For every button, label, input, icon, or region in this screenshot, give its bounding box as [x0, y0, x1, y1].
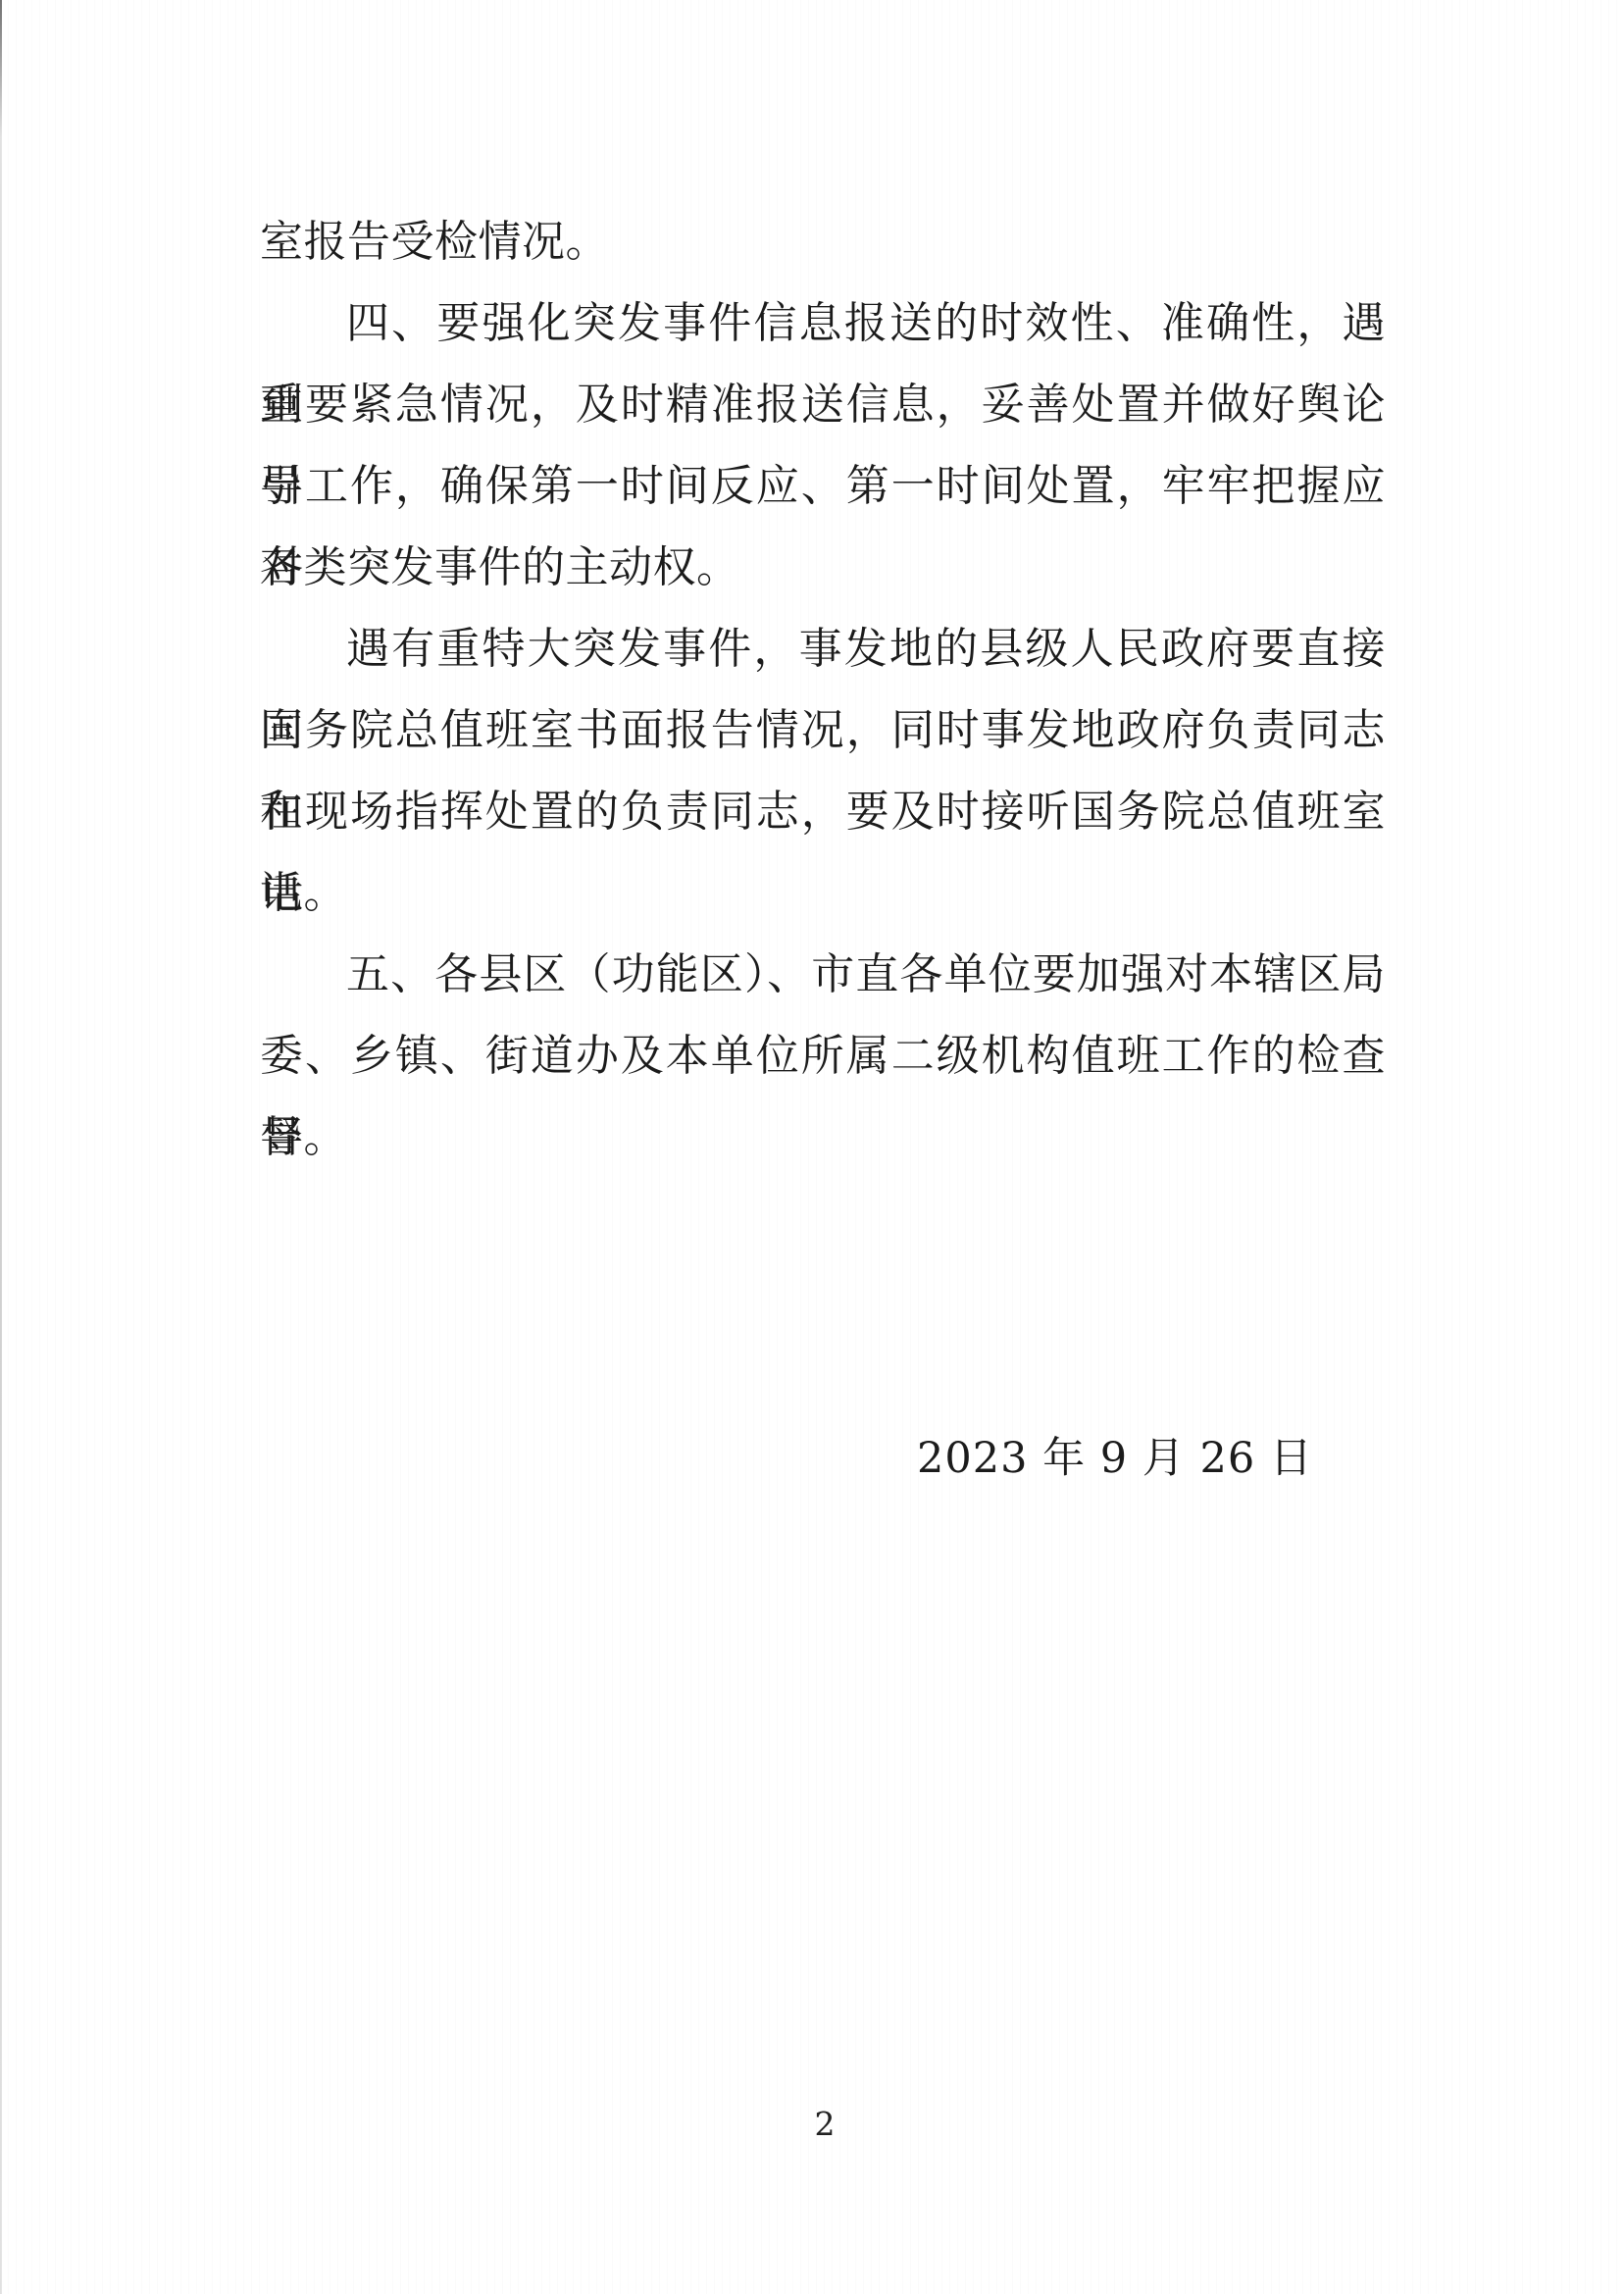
body-line-p2-3: 导工作，确保第一时间反应、第一时间处置，牢牢把握应对 [260, 445, 1386, 527]
body-line-p2-4: 各类突发事件的主动权。 [260, 527, 1386, 608]
body-line-p2-2: 重要紧急情况，及时精准报送信息，妥善处置并做好舆论引 [260, 364, 1386, 445]
body-line-p4-2: 委、乡镇、街道办及本单位所属二级机构值班工作的检查督 [260, 1015, 1386, 1096]
body-line-p3-2: 国务院总值班室书面报告情况，同时事发地政府负责同志和 [260, 689, 1386, 771]
body-line-p2-1: 四、要强化突发事件信息报送的时效性、准确性，遇到 [260, 282, 1386, 364]
document-page: 室报告受检情况。四、要强化突发事件信息报送的时效性、准确性，遇到重要紧急情况，及… [0, 0, 1624, 2294]
scan-edge-artifact [0, 0, 2, 2294]
body-line-p4-3: 导。 [260, 1096, 1386, 1178]
body-line-p3-3: 在现场指挥处置的负责同志，要及时接听国务院总值班室电 [260, 771, 1386, 852]
body-line-p3-4: 话。 [260, 852, 1386, 934]
body-line-p4-1: 五、各县区（功能区）、市直各单位要加强对本辖区局 [260, 934, 1386, 1015]
body-line-p1-1: 室报告受检情况。 [260, 201, 1386, 282]
body-line-p3-1: 遇有重特大突发事件，事发地的县级人民政府要直接向 [260, 608, 1386, 689]
page-number: 2 [0, 2105, 1624, 2144]
document-body: 室报告受检情况。四、要强化突发事件信息报送的时效性、准确性，遇到重要紧急情况，及… [260, 201, 1386, 1178]
signature-date: 2023 年 9 月 26 日 [917, 1418, 1313, 1500]
